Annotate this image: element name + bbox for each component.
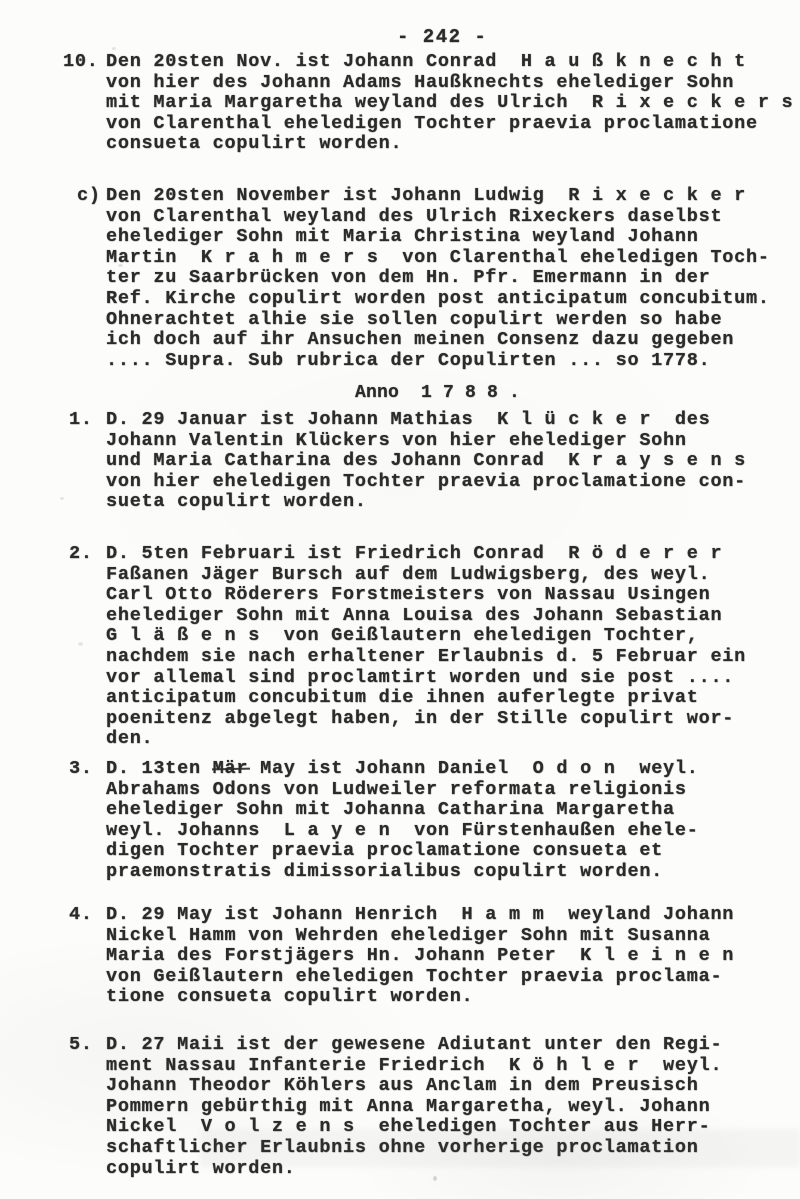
page-number: - 242 - (397, 27, 487, 48)
text-line: ehelediger Sohn mit Maria Christina weyl… (106, 227, 800, 248)
text-line: Nickel V o l z e n s eheledigen Tochter … (106, 1117, 800, 1138)
text-line: Johann Theodor Köhlers aus Anclam in dem… (106, 1076, 800, 1097)
text-line: D. 29 Januar ist Johann Mathias K l ü c … (106, 410, 800, 431)
text-line: ich doch auf ihr Ansuchen meinen Consenz… (106, 330, 800, 351)
text-line: von Clarenthal weyland des Ulrich Rixeck… (106, 207, 800, 228)
entry-text: D. 27 Maii ist der gewesene Adiutant unt… (106, 1035, 800, 1179)
line-segment: D. 13ten (106, 758, 213, 779)
text-line: und Maria Catharina des Johann Conrad K … (106, 451, 800, 472)
text-line: Den 20sten Nov. ist Johann Conrad H a u … (106, 52, 800, 73)
entry-text: Den 20sten November ist Johann Ludwig R … (106, 186, 800, 371)
text-line: Faßanen Jäger Bursch auf dem Ludwigsberg… (106, 565, 800, 586)
text-line: von hier eheledigen Tochter praevia proc… (106, 472, 800, 493)
text-line: D. 5ten Februari ist Friedrich Conrad R … (106, 544, 800, 565)
register-entry-5: 5. D. 27 Maii ist der gewesene Adiutant … (106, 1035, 800, 1179)
text-line: mit Maria Margaretha weyland des Ulrich … (106, 93, 800, 114)
register-entry-2: 2. D. 5ten Februari ist Friedrich Conrad… (106, 544, 800, 750)
text-line: Ohnerachtet alhie sie sollen copulirt we… (106, 310, 800, 331)
text-line: von Clarenthal eheledigen Tochter praevi… (106, 114, 800, 135)
register-entry-1: 1. D. 29 Januar ist Johann Mathias K l ü… (106, 410, 800, 513)
entry-marker: 3. (69, 759, 115, 780)
text-line: copulirt worden. (106, 1159, 800, 1180)
register-entry-4: 4. D. 29 May ist Johann Henrich H a m m … (106, 905, 800, 1008)
text-line: anticipatum concubitum die ihnen auferle… (106, 688, 800, 709)
text-line: .... Supra. Sub rubrica der Copulirten .… (106, 351, 800, 372)
scanned-register-page: - 242 - 10. Den 20sten Nov. ist Johann C… (0, 0, 800, 1199)
text-line: Ref. Kirche copulirt worden post anticip… (106, 289, 800, 310)
text-line: D. 29 May ist Johann Henrich H a m m wey… (106, 905, 800, 926)
register-entry-10: 10. Den 20sten Nov. ist Johann Conrad H … (106, 52, 800, 155)
entry-marker: c) (77, 186, 123, 207)
text-line: von Geißlautern eheledigen Tochter praev… (106, 967, 800, 988)
text-line: Abrahams Odons von Ludweiler reformata r… (106, 780, 800, 801)
text-line: schaftlicher Erlaubnis ohne vorherige pr… (106, 1138, 800, 1159)
entry-text: D. 29 Januar ist Johann Mathias K l ü c … (106, 410, 800, 513)
text-line: digen Tochter praevia proclamatione cons… (106, 841, 800, 862)
text-line: G l ä ß e n s von Geißlautern eheledigen… (106, 626, 800, 647)
text-line: Pommern gebürthig mit Anna Margaretha, w… (106, 1097, 800, 1118)
entry-marker: 1. (69, 410, 115, 431)
struck-word: Mär (213, 758, 249, 779)
text-line: Martin K r a h m e r s von Clarenthal eh… (106, 248, 800, 269)
entry-text: D. 29 May ist Johann Henrich H a m m wey… (106, 905, 800, 1008)
text-line: ment Nassau Infanterie Friedrich K ö h l… (106, 1056, 800, 1077)
text-line: den. (106, 729, 800, 750)
text-line: tione consueta copulirt worden. (106, 987, 800, 1008)
line-segment: May ist Johann Daniel O d o n weyl. (248, 758, 698, 779)
anno-1788-heading: Anno 1 7 8 8 . (355, 383, 520, 404)
entry-marker: 2. (69, 544, 115, 565)
scan-speck (112, 47, 116, 50)
text-line: ter zu Saarbrücken von dem Hn. Pfr. Emer… (106, 268, 800, 289)
entry-text: Den 20sten Nov. ist Johann Conrad H a u … (106, 52, 800, 155)
text-line: von hier des Johann Adams Haußknechts eh… (106, 73, 800, 94)
text-line: Nickel Hamm von Wehrden ehelediger Sohn … (106, 926, 800, 947)
text-line: poenitenz abgelegt haben, in der Stille … (106, 709, 800, 730)
text-line: sueta copulirt worden. (106, 492, 800, 513)
text-line: D. 13ten Mär May ist Johann Daniel O d o… (106, 759, 800, 780)
register-entry-c: c) Den 20sten November ist Johann Ludwig… (106, 186, 800, 371)
entry-text: D. 5ten Februari ist Friedrich Conrad R … (106, 544, 800, 750)
entry-marker: 5. (69, 1035, 115, 1056)
text-line: praemonstratis dimissorialibus copulirt … (106, 862, 800, 883)
register-entry-3: 3. D. 13ten Mär May ist Johann Daniel O … (106, 759, 800, 883)
text-line: Carl Otto Röderers Forstmeisters von Nas… (106, 585, 800, 606)
text-line: ehelediger Sohn mit Anna Louisa des Joha… (106, 606, 800, 627)
text-line: nachdem sie nach erhaltener Erlaubnis d.… (106, 647, 800, 668)
text-line: ehelediger Sohn mit Johanna Catharina Ma… (106, 800, 800, 821)
scan-speck (78, 642, 83, 646)
scan-speck (60, 497, 64, 500)
entry-marker: 10. (63, 52, 109, 73)
text-line: Den 20sten November ist Johann Ludwig R … (106, 186, 800, 207)
text-line: Johann Valentin Klückers von hier eheled… (106, 431, 800, 452)
entry-text: D. 13ten Mär May ist Johann Daniel O d o… (106, 759, 800, 883)
text-line: D. 27 Maii ist der gewesene Adiutant unt… (106, 1035, 800, 1056)
text-line: Maria des Forstjägers Hn. Johann Peter K… (106, 946, 800, 967)
entry-marker: 4. (69, 905, 115, 926)
text-line: consueta copulirt worden. (106, 134, 800, 155)
text-line: weyl. Johanns L a y e n von Fürstenhauße… (106, 821, 800, 842)
text-line: vor allemal sind proclamtirt worden und … (106, 668, 800, 689)
